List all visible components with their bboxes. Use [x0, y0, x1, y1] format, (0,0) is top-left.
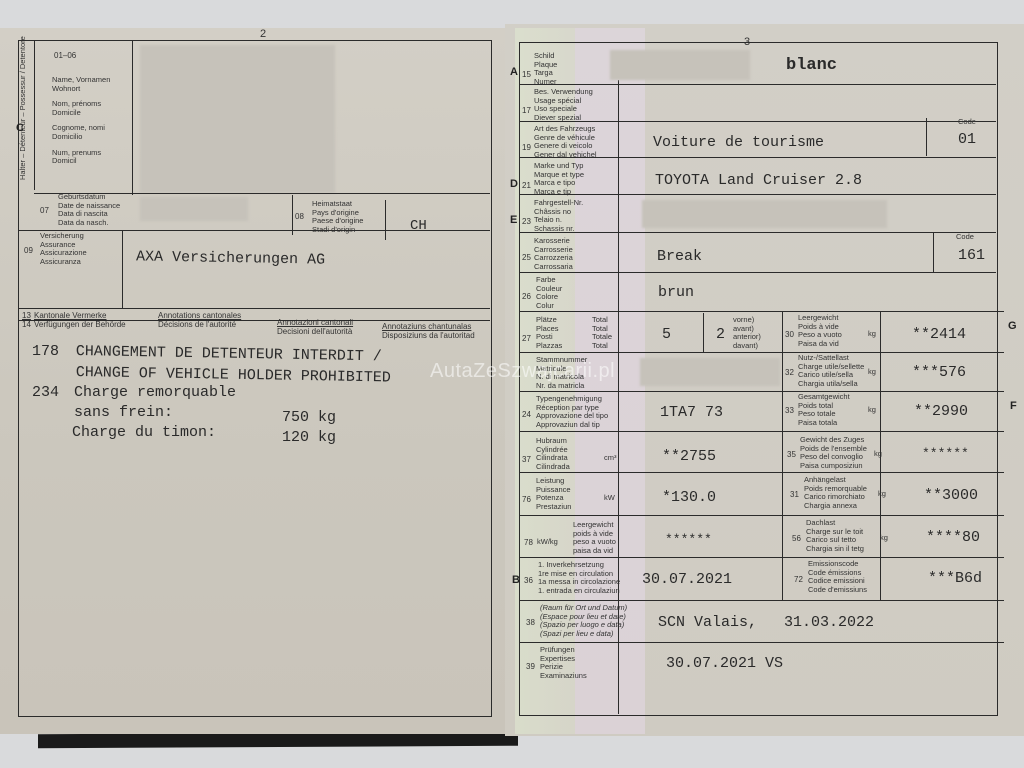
tow-unbraked-label: sans frein: [74, 404, 173, 421]
divider [519, 311, 1004, 312]
field-30-number: 30 [785, 330, 794, 339]
power-weight-value: ****** [665, 532, 712, 547]
divider [703, 313, 704, 353]
field-08-number: 08 [295, 212, 304, 221]
displacement-value: **2755 [662, 448, 716, 465]
registration-number-redacted [640, 358, 780, 386]
unit-kg: kg [868, 406, 876, 415]
field-27-number: 27 [522, 334, 531, 343]
annotation-header-rm: Annotaziuns chantunalasDisposiziuns da l… [382, 322, 475, 340]
field-72-number: 72 [794, 575, 803, 584]
divider [519, 157, 996, 158]
field-76-label: LeistungPuissancePotenzaPrestaziun [536, 477, 571, 511]
section-letter-b: B [512, 574, 520, 586]
table-shadow [38, 732, 518, 749]
field-17-label: Bes. VerwendungUsage spécialUso speciale… [534, 88, 593, 122]
section-letter-d: D [510, 178, 518, 190]
field-78-number: 78 [524, 538, 533, 547]
body-type-value: Break [657, 248, 702, 265]
divider [519, 600, 1004, 601]
field-36-number: 36 [524, 576, 533, 585]
field-32-number: 32 [785, 368, 794, 377]
field-15-label: SchildPlaqueTargaNumer [534, 52, 557, 86]
unit-kg: kg [878, 490, 886, 499]
drawbar-load-label: Charge du timon: [72, 424, 216, 441]
annotation-234-code: 234 [32, 384, 59, 401]
seats-front-label: vorne)avant)anterior)davant) [733, 316, 761, 350]
divider [519, 515, 1004, 516]
field-72-label: EmissionscodeCode émissionsCodice emissi… [808, 560, 867, 594]
field-37-label: HubraumCylindréeCilindrataCilindrada [536, 437, 570, 471]
field-78-label: Leergewichtpoids à videpeso a vuotopaisa… [573, 521, 616, 555]
unit-kg: kg [868, 368, 876, 377]
field-09-label: VersicherungAssuranceAssicurazioneAssicu… [40, 232, 87, 266]
type-approval-value: 1TA7 73 [660, 404, 723, 421]
field-39-number: 39 [526, 662, 535, 671]
power-value: *130.0 [662, 489, 716, 506]
power-weight-unit: kW/kg [537, 538, 558, 547]
empty-weight-value: **2414 [912, 326, 966, 343]
emission-code-value: ***B6d [928, 570, 982, 587]
field-33-label: GesamtgewichtPoids totalPeso totalePaisa… [798, 393, 850, 427]
plate-color-value: blanc [786, 56, 837, 75]
code-label: Code [956, 233, 974, 242]
unit-kg: kg [880, 534, 888, 543]
field-38-number: 38 [526, 618, 535, 627]
field-23-label: Fahrgestell-Nr.Châssis noTelaio n.Schass… [534, 199, 583, 233]
unit-kw: kW [604, 494, 615, 503]
seats-front-value: 2 [716, 326, 725, 343]
divider [519, 194, 996, 195]
payload-value: ***576 [912, 364, 966, 381]
divider [519, 472, 1004, 473]
holder-name-redacted [140, 45, 335, 193]
field-31-label: AnhängelastPoids remorquableCarico rimor… [804, 476, 867, 510]
field-23-number: 23 [522, 217, 531, 226]
divider [519, 121, 996, 122]
roof-load-value: ****80 [926, 529, 980, 546]
issue-place-date-value: SCN Valais, 31.03.2022 [658, 614, 874, 631]
field-39-label: PrüfungenExpertisesPerizieExaminaziuns [540, 646, 587, 680]
left-page-number: 2 [260, 28, 266, 40]
watermark: AutaZeSzwajcarii.pl [430, 360, 615, 383]
make-model-value: TOYOTA Land Cruiser 2.8 [655, 172, 862, 189]
field-19-number: 19 [522, 143, 531, 152]
field-01-06-label: Name, VornamenWohnort Nom, prénomsDomici… [52, 76, 110, 166]
seats-total-value: 5 [662, 326, 671, 343]
unit-cm3: cm³ [604, 454, 617, 463]
total-weight-value: **2990 [914, 403, 968, 420]
section-letter-e: E [510, 214, 517, 226]
field-33-number: 33 [785, 406, 794, 415]
field-56-label: DachlastCharge sur le toitCarico sul tet… [806, 519, 864, 553]
field-30-label: LeergewichtPoids à videPeso a vuotoPaisa… [798, 314, 842, 348]
divider [519, 84, 996, 85]
field-26-label: FarbeCouleurColoreColur [536, 276, 562, 310]
divider [519, 391, 1004, 392]
divider [292, 195, 293, 235]
field-27-total-label: TotalTotalTotaleTotal [592, 316, 612, 350]
divider [18, 320, 490, 321]
field-36-label: 1. Inverkehrsetzung1re mise en circulati… [538, 561, 620, 595]
field-17-number: 17 [522, 106, 531, 115]
unit-kg: kg [868, 330, 876, 339]
tow-unbraked-value: 750 kg [282, 409, 336, 426]
annotation-178-code: 178 [32, 343, 59, 360]
field-38-label: (Raum für Ort und Datum)(Espace pour lie… [540, 604, 627, 638]
vehicle-type-value: Voiture de tourisme [653, 134, 824, 151]
inspection-value: 30.07.2021 VS [666, 655, 783, 672]
field-76-number: 76 [522, 495, 531, 504]
drawbar-load-value: 120 kg [282, 429, 336, 446]
divider [132, 40, 133, 195]
field-15-number: 15 [522, 70, 531, 79]
field-21-number: 21 [522, 181, 531, 190]
plate-number-redacted [610, 50, 750, 80]
holder-vertical-label: Halter – Détenteur – Possessur / Detento… [18, 30, 27, 180]
divider [519, 642, 1004, 643]
towing-capacity-value: **3000 [924, 487, 978, 504]
field-35-label: Gewicht des ZugesPoids de l'ensemblePeso… [800, 436, 867, 470]
divider [18, 308, 490, 309]
field-08-value: CH [410, 218, 427, 234]
divider [34, 40, 35, 190]
field-07-number: 07 [40, 206, 49, 215]
combination-weight-value: ****** [922, 446, 969, 461]
field-25-number: 25 [522, 253, 531, 262]
divider [519, 232, 996, 233]
chassis-number-redacted [642, 200, 887, 228]
field-25-label: KarosserieCarrosserieCarrozzeriaCarrossa… [534, 237, 573, 271]
field-07-label: GeburtsdatumDate de naissanceData di nas… [58, 193, 120, 227]
field-26-number: 26 [522, 292, 531, 301]
field-24-number: 24 [522, 410, 531, 419]
field-27-label: PlätzePlacesPostiPlazzas [536, 316, 562, 350]
divider [926, 118, 927, 156]
field-24-label: TypengenehmigungRéception par typeApprov… [536, 395, 608, 429]
divider [519, 352, 1004, 353]
field-19-label: Art des FahrzeugsGenre de véhiculeGenere… [534, 125, 597, 159]
field-01-06-number: 01–06 [54, 52, 76, 61]
vehicle-type-code: 01 [958, 131, 976, 148]
field-21-label: Marke und TypMarque et typeMarca e tipoM… [534, 162, 584, 196]
field-37-number: 37 [522, 455, 531, 464]
divider [519, 272, 996, 273]
field-31-number: 31 [790, 490, 799, 499]
body-type-code: 161 [958, 247, 985, 264]
section-letter-g: G [1008, 320, 1017, 332]
divider [122, 230, 123, 308]
divider [519, 431, 1004, 432]
insurance-value: AXA Versicherungen AG [136, 248, 325, 268]
field-35-number: 35 [787, 450, 796, 459]
divider [18, 230, 490, 231]
divider [385, 200, 386, 240]
divider [933, 232, 934, 272]
section-letter-a: A [510, 66, 518, 78]
field-56-number: 56 [792, 534, 801, 543]
color-value: brun [658, 284, 694, 301]
annotation-234-line1: Charge remorquable [74, 384, 236, 401]
unit-kg: kg [874, 450, 882, 459]
field-32-label: Nutz-/SattellastCharge utile/selletteCar… [798, 354, 864, 388]
divider [519, 557, 1004, 558]
birthdate-redacted [140, 197, 248, 221]
first-registration-value: 30.07.2021 [642, 571, 732, 588]
code-label: Code [958, 118, 976, 127]
section-letter-f: F [1010, 400, 1017, 412]
field-09-number: 09 [24, 246, 33, 255]
